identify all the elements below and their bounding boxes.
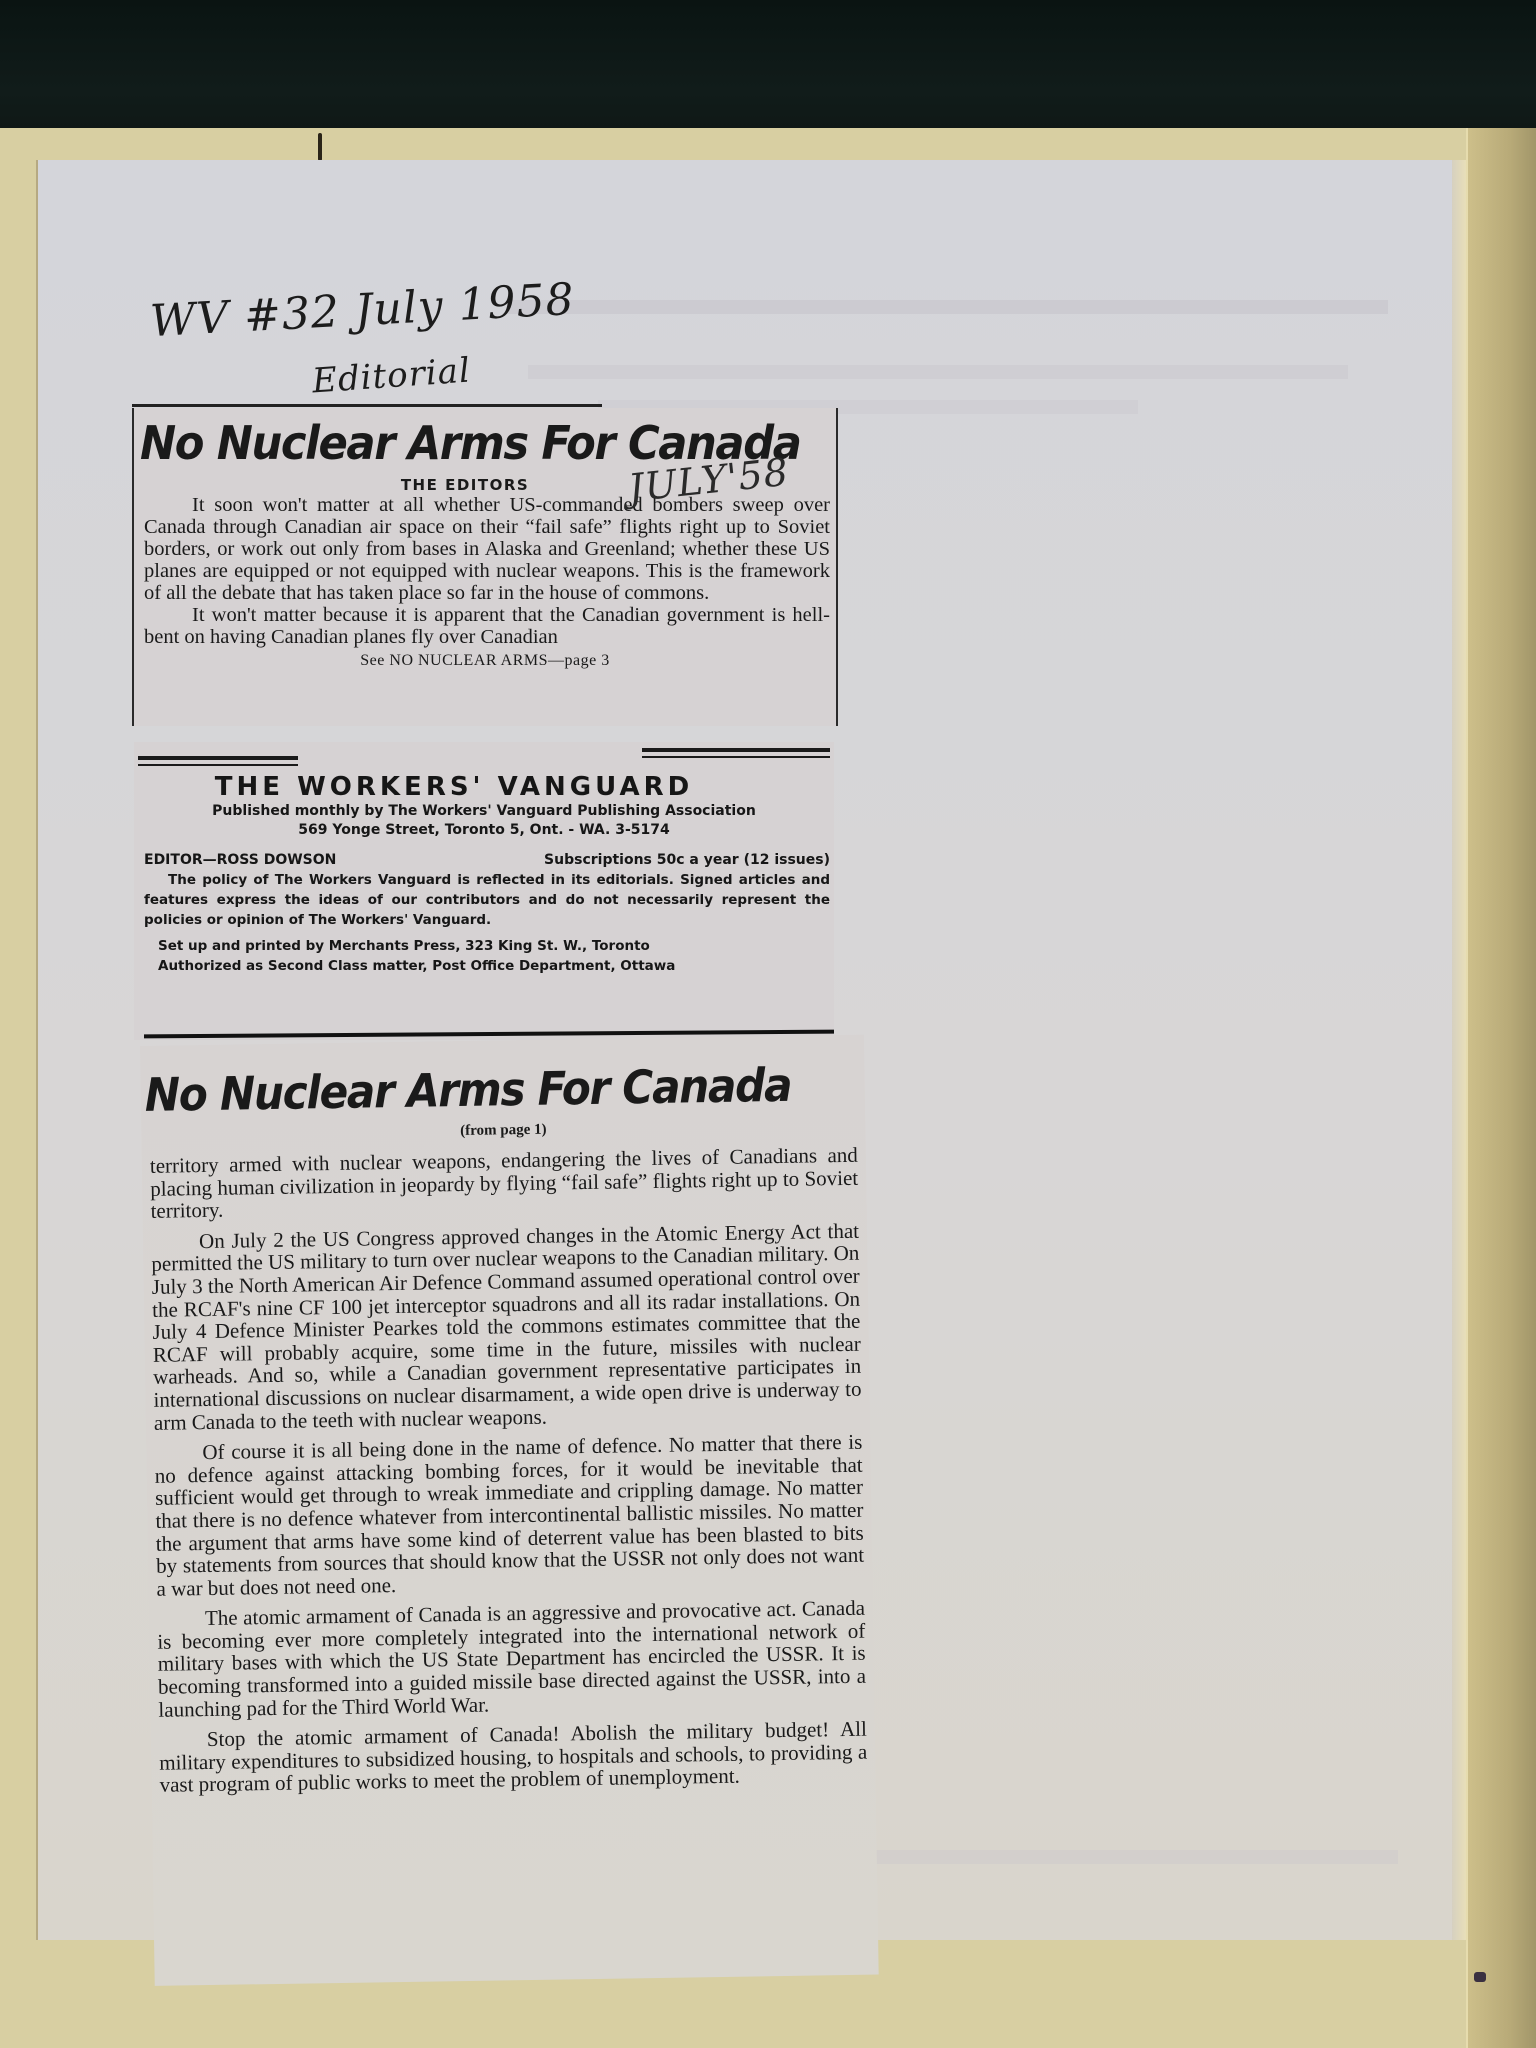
masthead-rule bbox=[642, 748, 830, 762]
binder-clip bbox=[318, 133, 322, 161]
bleed-through-text bbox=[798, 1850, 1398, 1864]
paragraph: territory armed with nuclear weapons, en… bbox=[150, 1144, 859, 1223]
continued-article-clipping: No Nuclear Arms For Canada (from page 1)… bbox=[140, 1035, 879, 1986]
subscription-price: Subscriptions 50c a year (12 issues) bbox=[544, 852, 830, 868]
paragraph: The atomic armament of Canada is an aggr… bbox=[157, 1597, 867, 1721]
page-edge bbox=[1452, 160, 1466, 1940]
policy-text: The policy of The Workers Vanguard is re… bbox=[144, 870, 830, 930]
clipping-top-rule bbox=[132, 404, 602, 407]
authorization-line: Authorized as Second Class matter, Post … bbox=[158, 956, 834, 976]
paragraph: It soon won't matter at all whether US-c… bbox=[144, 494, 830, 604]
printer-info: Set up and printed by Merchants Press, 3… bbox=[134, 930, 834, 976]
corner-mark bbox=[1474, 1972, 1486, 1982]
paragraph: Of course it is all being done in the na… bbox=[154, 1431, 864, 1600]
publisher-line: Published monthly by The Workers' Vangua… bbox=[134, 802, 834, 821]
continued-headline: No Nuclear Arms For Canada bbox=[144, 1058, 807, 1122]
printer-line: Set up and printed by Merchants Press, 3… bbox=[158, 936, 834, 956]
paragraph: On July 2 the US Congress approved chang… bbox=[151, 1220, 862, 1434]
from-page-note: (from page 1) bbox=[141, 1117, 865, 1145]
bleed-through-text bbox=[528, 365, 1348, 379]
continued-article-body: territory armed with nuclear weapons, en… bbox=[142, 1144, 876, 1797]
masthead-clipping: THE WORKERS' VANGUARD Published monthly … bbox=[134, 742, 834, 1040]
paragraph: Stop the atomic armament of Canada! Abol… bbox=[159, 1718, 868, 1797]
masthead-title: THE WORKERS' VANGUARD bbox=[74, 772, 834, 802]
masthead-rule bbox=[138, 756, 298, 770]
continuation-note: See NO NUCLEAR ARMS—page 3 bbox=[134, 652, 836, 670]
editor-row: EDITOR—ROSS DOWSON Subscriptions 50c a y… bbox=[134, 852, 834, 868]
paragraph: It won't matter because it is apparent t… bbox=[144, 604, 830, 648]
folder-edge bbox=[1466, 128, 1536, 2048]
bleed-through-text bbox=[508, 300, 1388, 314]
editor-name: EDITOR—ROSS DOWSON bbox=[144, 852, 336, 868]
masthead: THE WORKERS' VANGUARD Published monthly … bbox=[134, 772, 834, 976]
address-line: 569 Yonge Street, Toronto 5, Ont. - WA. … bbox=[134, 821, 834, 840]
dark-background bbox=[0, 0, 1536, 130]
article-body: It soon won't matter at all whether US-c… bbox=[134, 494, 836, 648]
policy-statement: The policy of The Workers Vanguard is re… bbox=[134, 868, 834, 930]
